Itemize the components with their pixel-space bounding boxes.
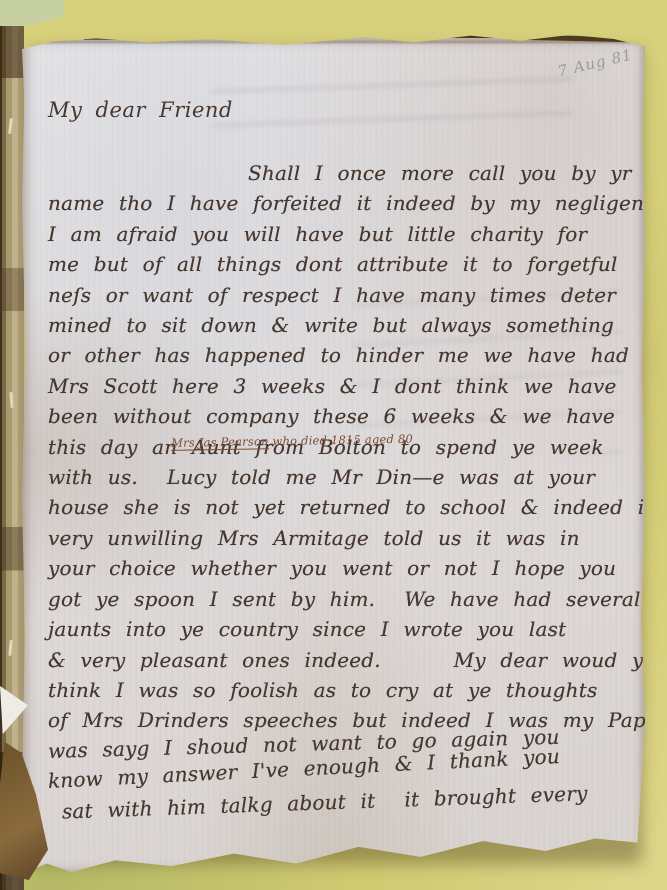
torn-top-edge [22, 41, 645, 43]
letter-line: I am afraid you will have but little cha… [48, 219, 640, 249]
ink-show-through [212, 74, 572, 146]
letter-line: think I was so foolish as to cry at ye t… [48, 675, 640, 705]
letter-line: got ye spoon I sent by him. We have had … [48, 584, 640, 614]
album-photo: 7 Aug 81 My dear Friend Shall I once mor… [0, 0, 667, 890]
letter-line: jaunts into ye country since I wrote you… [48, 614, 640, 644]
letter-line: name tho I have forfeited it indeed by m… [48, 188, 640, 218]
letter-line: house she is not yet returned to school … [48, 492, 640, 522]
letter-line: & very pleasant ones indeed. My dear wou… [48, 645, 640, 675]
letter-line: Shall I once more call you by yr [48, 158, 640, 188]
letter-body: Shall I once more call you by yr name th… [48, 158, 640, 827]
letter-line: very unwilling Mrs Armitage told us it w… [48, 523, 640, 553]
letter-line: with us. Lucy told me Mr Din—e was at yo… [48, 462, 640, 492]
letter-line: neſs or want of respect I have many time… [48, 280, 640, 310]
letter-line: Mrs Scott here 3 weeks & I dont think we… [48, 371, 640, 401]
letter-line: me but of all things dont attribute it t… [48, 249, 640, 279]
archivist-interlinear-annotation: Mrs Jas Pearson who died 1815 aged 80 [148, 418, 414, 465]
annotation-underlined-name: Mrs Jas Pearson [171, 434, 269, 451]
letter-line: or other has happened to hinder me we ha… [48, 340, 640, 370]
letter-paper: 7 Aug 81 My dear Friend Shall I once mor… [22, 34, 645, 872]
annotation-rest: who died 1815 aged 80 [268, 432, 413, 449]
letter-salutation: My dear Friend [48, 98, 233, 122]
letter-line: your choice whether you went or not I ho… [48, 553, 640, 583]
pencil-date-annotation: 7 Aug 81 [556, 46, 634, 81]
letter-line: mined to sit down & write but always som… [48, 310, 640, 340]
